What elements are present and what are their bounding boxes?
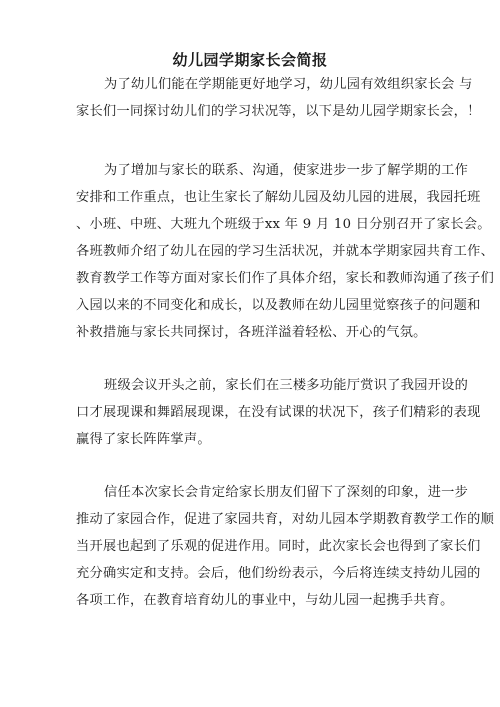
paragraph-4-line-4: 充分确实定和支持。会后，他们纷纷表示，今后将连续支持幼儿园的 bbox=[76, 565, 436, 583]
paragraph-2-line-1: 为了增加与家长的联系、沟通，使家进步一步了解学期的工作 bbox=[104, 162, 464, 180]
paragraph-3-line-3: 赢得了家长阵阵掌声。 bbox=[76, 431, 436, 449]
paragraph-4-line-1: 信任本次家长会肯定给家长朋友们留下了深刻的印象，进一步 bbox=[104, 484, 464, 502]
paragraph-2-line-5: 教育教学工作等方面对家长们作了具体介绍，家长和教师沟通了孩子们 bbox=[76, 270, 436, 288]
paragraph-1-line-2: 家长们一同探讨幼儿们的学习状况等，以下是幼儿园学期家长会，！ bbox=[76, 103, 436, 121]
document-title: 幼儿园学期家长会简报 bbox=[0, 50, 500, 70]
paragraph-4-line-2: 推动了家园合作，促进了家园共育，对幼儿园本学期教育教学工作的顺 bbox=[76, 511, 436, 529]
document-page: 幼儿园学期家长会简报 为了幼儿们能在学期能更好地学习，幼儿园有效组织家长会 与 … bbox=[0, 0, 500, 707]
paragraph-4-line-3: 当开展也起到了乐观的促进作用。同时，此次家长会也得到了家长们 bbox=[76, 538, 436, 556]
paragraph-4-line-5: 各项工作，在教育培育幼儿的事业中，与幼儿园一起携手共育。 bbox=[76, 592, 436, 610]
paragraph-3-line-1: 班级会议开头之前，家长们在三楼多功能厅赏识了我园开设的 bbox=[104, 377, 464, 395]
paragraph-1-line-1: 为了幼儿们能在学期能更好地学习，幼儿园有效组织家长会 与 bbox=[104, 76, 464, 94]
paragraph-2-line-7: 补救措施与家长共同探讨，各班洋溢着轻松、开心的气氛。 bbox=[76, 324, 436, 342]
paragraph-3-line-2: 口才展现课和舞蹈展现课，在没有试课的状况下，孩子们精彩的表现 bbox=[76, 404, 436, 422]
paragraph-2-line-2: 安排和工作重点，也让生家长了解幼儿园及幼儿园的进展，我园托班 bbox=[76, 189, 436, 207]
paragraph-2-line-4: 各班教师介绍了幼儿在园的学习生活状况，并就本学期家园共育工作、 bbox=[76, 243, 436, 261]
paragraph-2-line-3: 、小班、中班、大班九个班级于xx 年 9 月 10 日分别召开了家长会。 bbox=[76, 216, 436, 234]
paragraph-2-line-6: 入园以来的不同变化和成长，以及教师在幼儿园里觉察孩子的问题和 bbox=[76, 297, 436, 315]
